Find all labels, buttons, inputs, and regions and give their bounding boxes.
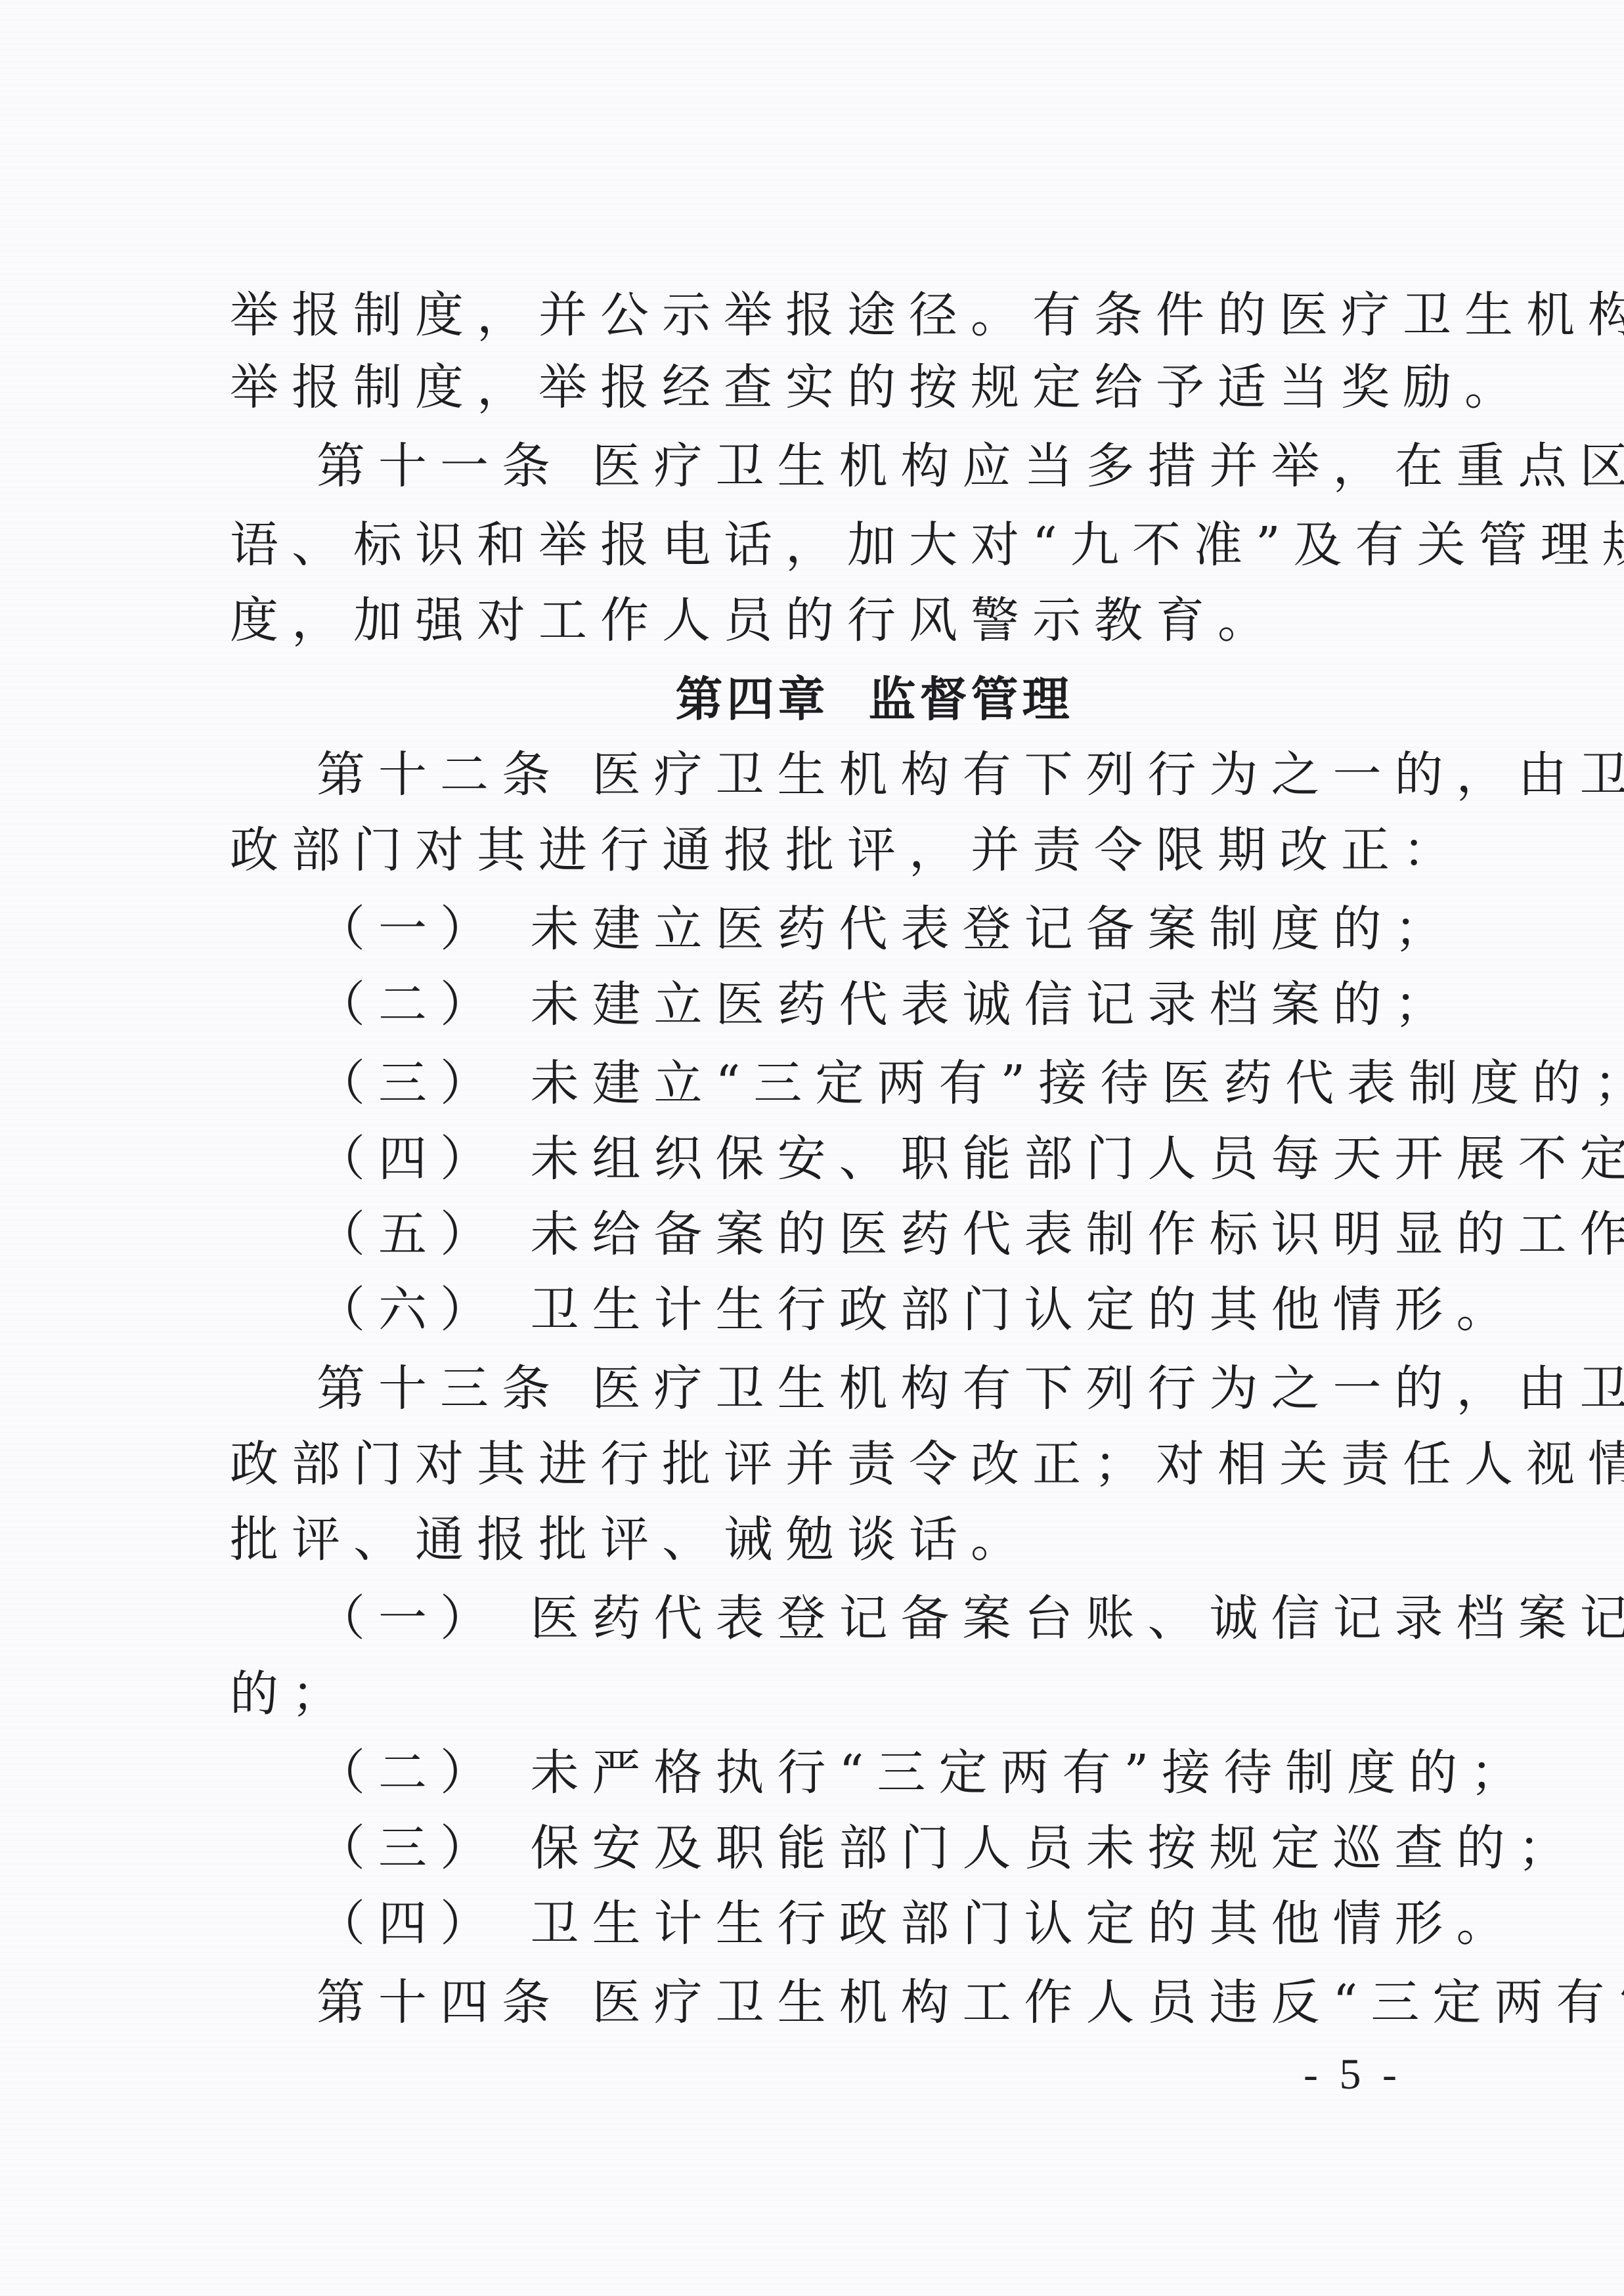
chapter-heading: 第四章监督管理 <box>0 661 1624 737</box>
paragraph-line: 举报制度，举报经查实的按规定给予适当奖励。 <box>230 349 1435 425</box>
page-number: - 5 - <box>1304 2042 1402 2108</box>
list-item: （四） 未组织保安、职能部门人员每天开展不定期巡查的； <box>317 1121 1435 1197</box>
article-11-line: 第十一条 医疗卫生机构应当多措并举，在重点区域张贴标 <box>317 428 1435 504</box>
paragraph-line: 度，加强对工作人员的行风警示教育。 <box>230 582 1435 659</box>
chapter-number: 第四章 <box>675 672 829 727</box>
list-item: （二） 未建立医药代表诚信记录档案的； <box>317 966 1435 1043</box>
list-item: （一） 医药代表登记备案台账、诚信记录档案记录不完整 <box>317 1580 1435 1657</box>
article-14-line: 第十四条 医疗卫生机构工作人员违反“三定两有”规定，擅 <box>317 1964 1435 2041</box>
list-item: （五） 未给备案的医药代表制作标识明显的工作牌的； <box>317 1196 1435 1272</box>
article-13-line: 第十三条 医疗卫生机构有下列行为之一的，由卫生计生行 <box>317 1351 1435 1427</box>
document-page: 举报制度，并公示举报途径。有条件的医疗卫生机构可设立有奖 举报制度，举报经查实的… <box>0 0 1624 2296</box>
list-item: （二） 未严格执行“三定两有”接待制度的； <box>317 1735 1435 1811</box>
list-item: （三） 未建立“三定两有”接待医药代表制度的； <box>317 1045 1435 1121</box>
article-12-line: 第十二条 医疗卫生机构有下列行为之一的，由卫生计生行 <box>317 737 1435 813</box>
paragraph-line: 举报制度，并公示举报途径。有条件的医疗卫生机构可设立有奖 <box>230 277 1435 353</box>
list-item: （一） 未建立医药代表登记备案制度的； <box>317 891 1435 967</box>
paragraph-line: 语、标识和举报电话，加大对“九不准”及有关管理规定的宣传力 <box>230 507 1435 583</box>
paragraph-line: 政部门对其进行通报批评，并责令限期改正： <box>230 812 1435 888</box>
chapter-title: 监督管理 <box>869 672 1074 727</box>
paragraph-line: 批评、通报批评、诫勉谈话。 <box>230 1502 1435 1578</box>
paragraph-line: 政部门对其进行批评并责令改正；对相关责任人视情节轻重进行 <box>230 1426 1435 1502</box>
list-item: （三） 保安及职能部门人员未按规定巡查的； <box>317 1810 1435 1886</box>
list-item: （四） 卫生计生行政部门认定的其他情形。 <box>317 1886 1435 1962</box>
list-item-continuation: 的； <box>230 1656 1435 1732</box>
list-item: （六） 卫生计生行政部门认定的其他情形。 <box>317 1272 1435 1348</box>
